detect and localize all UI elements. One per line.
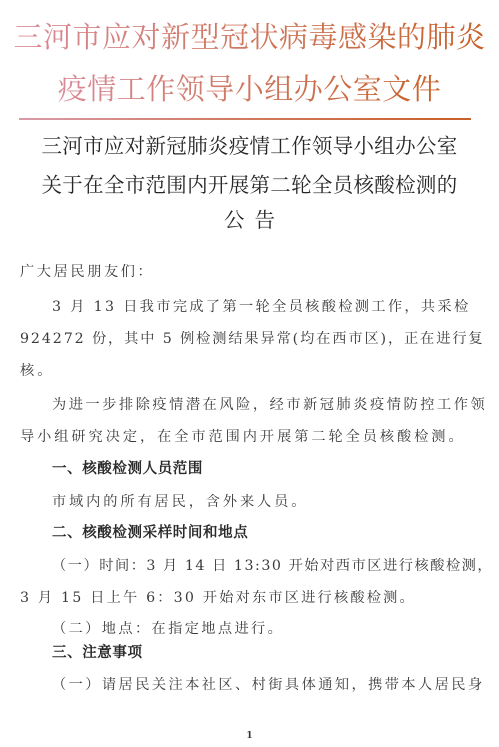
issuing-org-line-1-text: 三河市应对新型冠状病毒感染的肺炎 [13,20,485,54]
document-page: 三河市应对新型冠状病毒感染的肺炎 疫情工作领导小组办公室文件 三河市应对新冠肺炎… [0,0,499,747]
section-1-text: 市域内的所有居民，含外来人员。 [52,492,308,512]
section-3-item-1-line-1: （一）请居民关注本社区、村街具体通知，携带本人居民身 [52,675,485,695]
document-title-line-1: 三河市应对新冠肺炎疫情工作领导小组办公室 [0,133,499,159]
paragraph-2-line-1: 为进一步排除疫情潜在风险，经市新冠肺炎疫情防控工作领 [52,395,487,415]
document-title-line-2: 关于在全市范围内开展第二轮全员核酸检测的 [0,172,499,198]
red-header-divider [19,118,471,120]
section-2-item-1-line-1: （一）时间：3 月 14 日 13:30 开始对西市区进行核酸检测， [52,556,493,576]
section-2-item-2: （二）地点：在指定地点进行。 [52,619,284,639]
paragraph-1-line-2: 924272 份，其中 5 例检测结果异常(均在西市区)，正在进行复 [20,329,485,349]
section-3-heading: 三、注意事项 [52,643,143,663]
issuing-org-line-2: 疫情工作领导小组办公室文件 [0,72,499,106]
section-2-item-1-line-2: 3 月 15 日上午 6：30 开始对东市区进行核酸检测。 [20,588,416,608]
paragraph-1-line-3: 核。 [20,361,55,381]
section-2-heading: 二、核酸检测采样时间和地点 [52,523,248,543]
issuing-org-line-2-text: 疫情工作领导小组办公室文件 [58,72,442,106]
paragraph-2-line-2: 导小组研究决定，在全市范围内开展第二轮全员核酸检测。 [20,427,466,447]
page-number: 1 [0,731,499,741]
paragraph-1-line-1: 3 月 13 日我市完成了第一轮全员核酸检测工作，共采检 [52,297,471,317]
document-title-line-3: 公告 [0,207,499,233]
section-1-heading: 一、核酸检测人员范围 [52,459,203,479]
salutation: 广大居民朋友们： [20,262,154,282]
issuing-org-line-1: 三河市应对新型冠状病毒感染的肺炎 [0,20,499,54]
